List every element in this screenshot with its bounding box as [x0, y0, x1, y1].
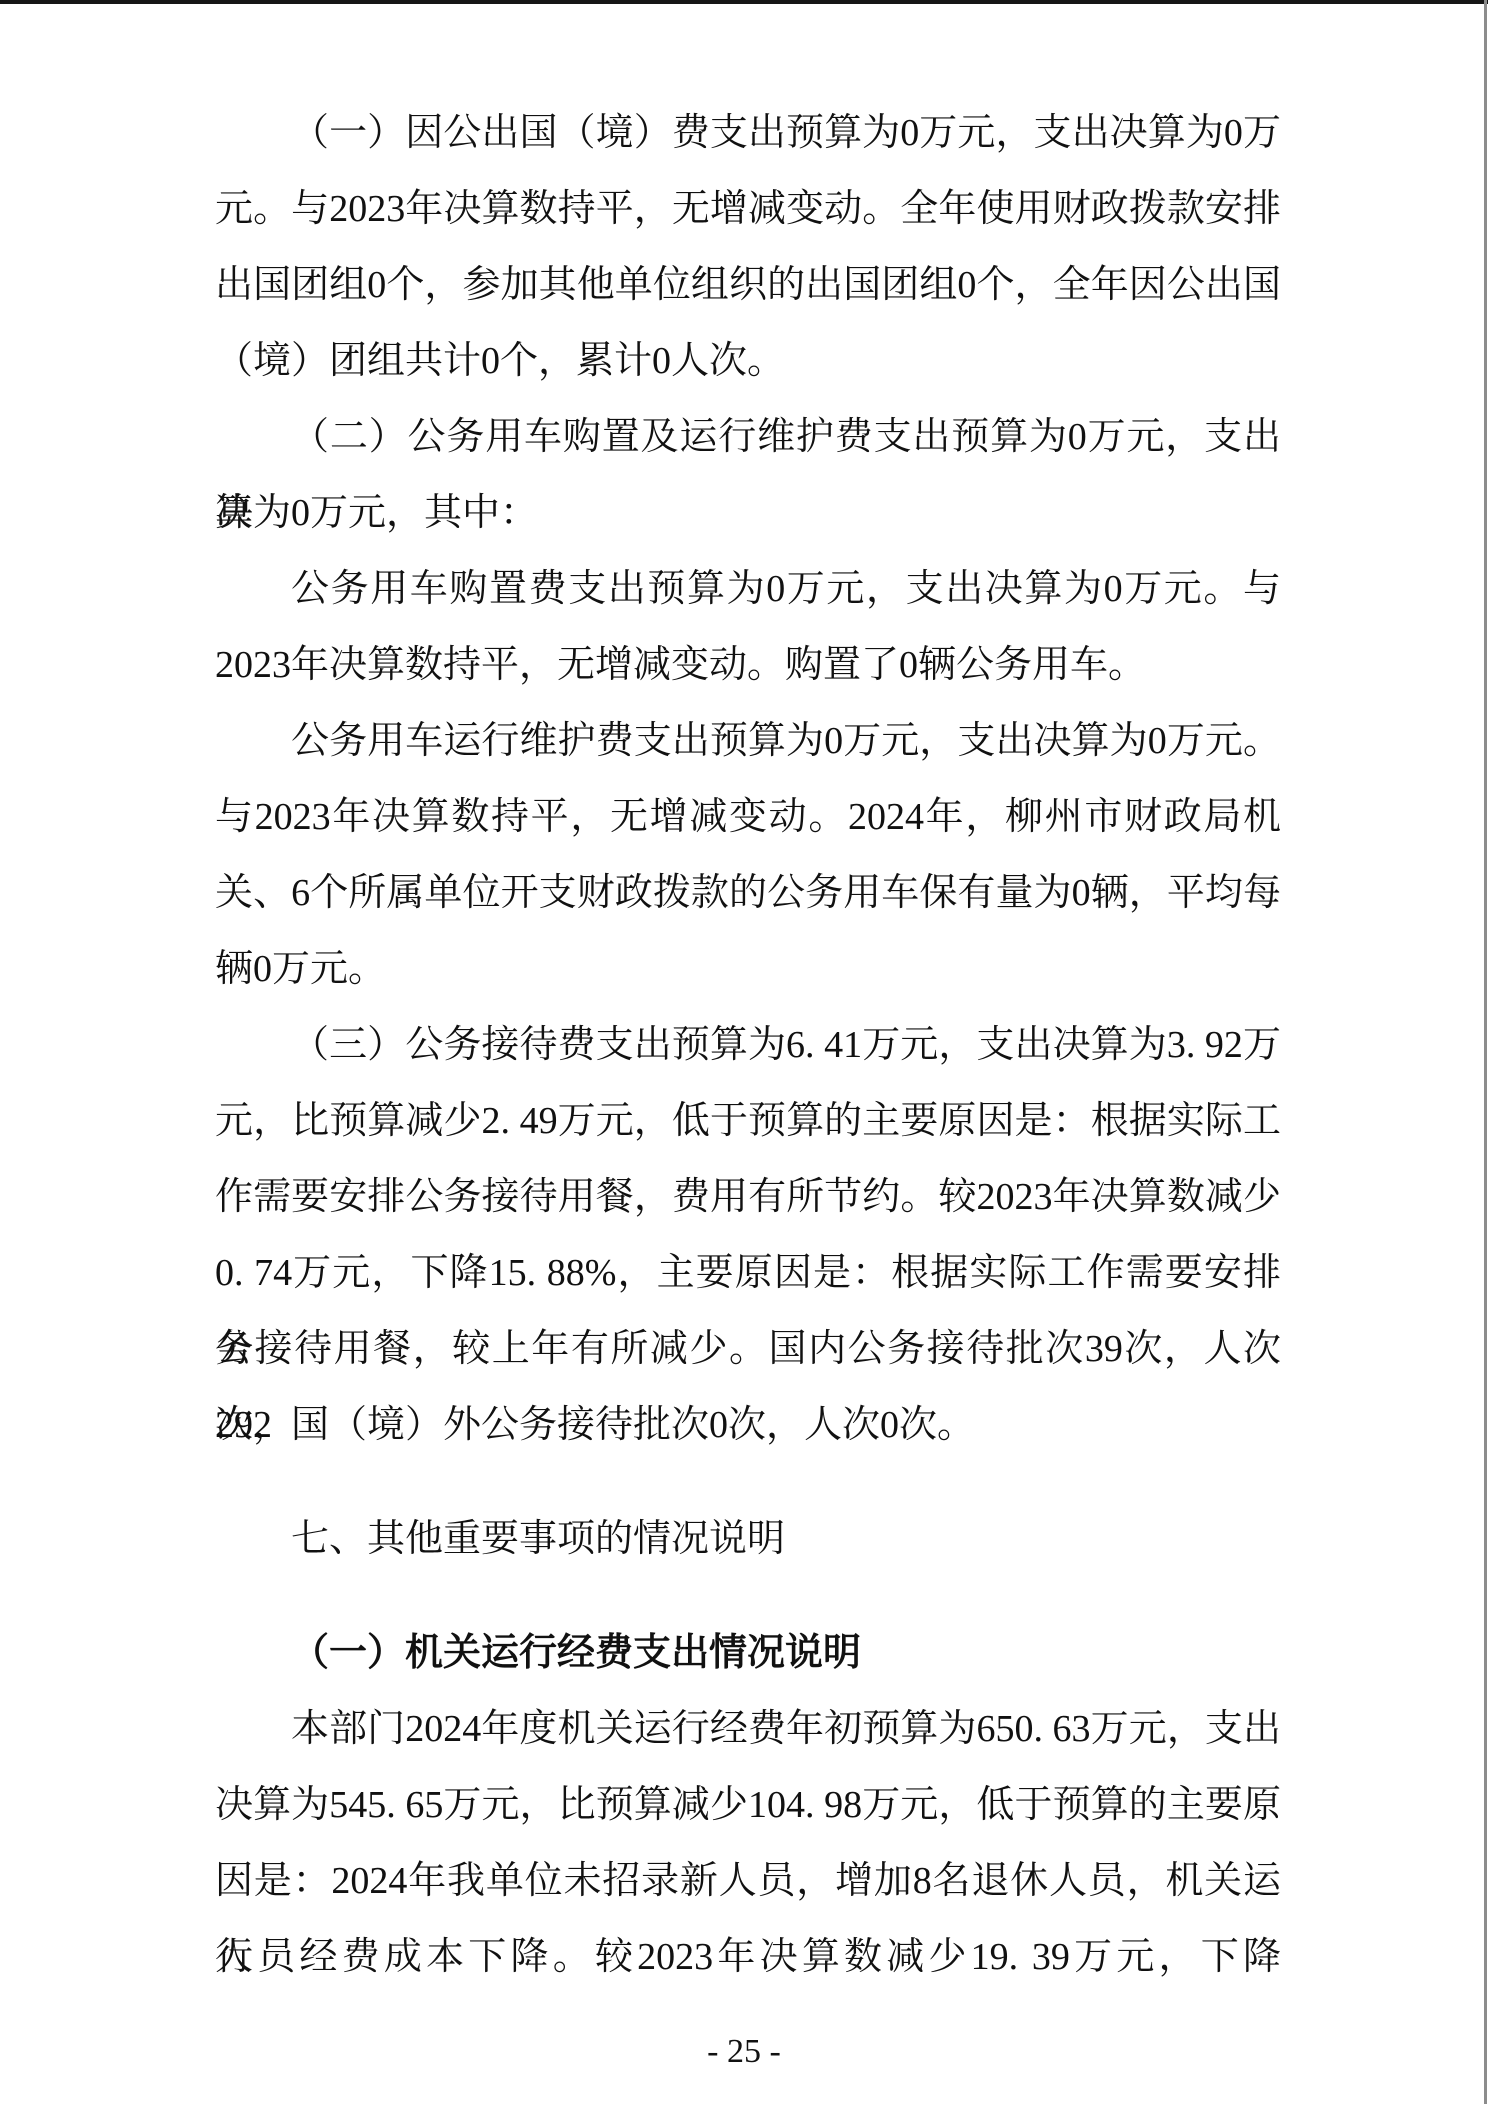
text-line: （三）公务接待费支出预算为6. 41万元，支出决算为3. 92万 [215, 1007, 1281, 1083]
text-line: （一）因公出国（境）费支出预算为0万元，支出决算为0万 [215, 95, 1281, 171]
page-top-border [0, 0, 1488, 4]
text-line: 作需要安排公务接待用餐，费用有所节约。较2023年决算数减少 [215, 1159, 1281, 1235]
text-line: 本部门2024年度机关运行经费年初预算为650. 63万元，支出 [215, 1691, 1281, 1767]
subsection-heading: （一）机关运行经费支出情况说明 [215, 1615, 1281, 1691]
text-line: 公务用车运行维护费支出预算为0万元，支出决算为0万元。 [215, 703, 1281, 779]
text-line: 算为0万元，其中： [215, 475, 1281, 551]
text-line: 辆0万元。 [215, 931, 1281, 1007]
page-right-border [1484, 0, 1487, 2104]
text-line: 出国团组0个，参加其他单位组织的出国团组0个，全年因公出国 [215, 247, 1281, 323]
text-line: 元。与2023年决算数持平，无增减变动。全年使用财政拨款安排 [215, 171, 1281, 247]
text-line: 人员经费成本下降。较2023年决算数减少19. 39万元，下降 [215, 1919, 1281, 1995]
text-line: 次，国（境）外公务接待批次0次，人次0次。 [215, 1387, 1281, 1463]
text-line: 决算为545. 65万元，比预算减少104. 98万元，低于预算的主要原 [215, 1767, 1281, 1843]
document-page: （一）因公出国（境）费支出预算为0万元，支出决算为0万元。与2023年决算数持平… [0, 0, 1488, 2104]
text-line: 因是：2024年我单位未招录新人员，增加8名退休人员，机关运行 [215, 1843, 1281, 1919]
text-line: 公务用车购置费支出预算为0万元，支出决算为0万元。与 [215, 551, 1281, 627]
text-line: 务接待用餐，较上年有所减少。国内公务接待批次39次，人次292 [215, 1311, 1281, 1387]
text-line: 2023年决算数持平，无增减变动。购置了0辆公务用车。 [215, 627, 1281, 703]
text-line: （二）公务用车购置及运行维护费支出预算为0万元，支出决 [215, 399, 1281, 475]
text-line: 与2023年决算数持平，无增减变动。2024年，柳州市财政局机 [215, 779, 1281, 855]
document-content: （一）因公出国（境）费支出预算为0万元，支出决算为0万元。与2023年决算数持平… [215, 95, 1281, 1995]
text-line: 元，比预算减少2. 49万元，低于预算的主要原因是：根据实际工 [215, 1083, 1281, 1159]
text-line: 关、6个所属单位开支财政拨款的公务用车保有量为0辆，平均每 [215, 855, 1281, 931]
text-line: （境）团组共计0个，累计0人次。 [215, 323, 1281, 399]
text-line: 0. 74万元，下降15. 88%，主要原因是：根据实际工作需要安排公 [215, 1235, 1281, 1311]
section-heading: 七、其他重要事项的情况说明 [215, 1501, 1281, 1577]
page-number: - 25 - [0, 2030, 1488, 2074]
